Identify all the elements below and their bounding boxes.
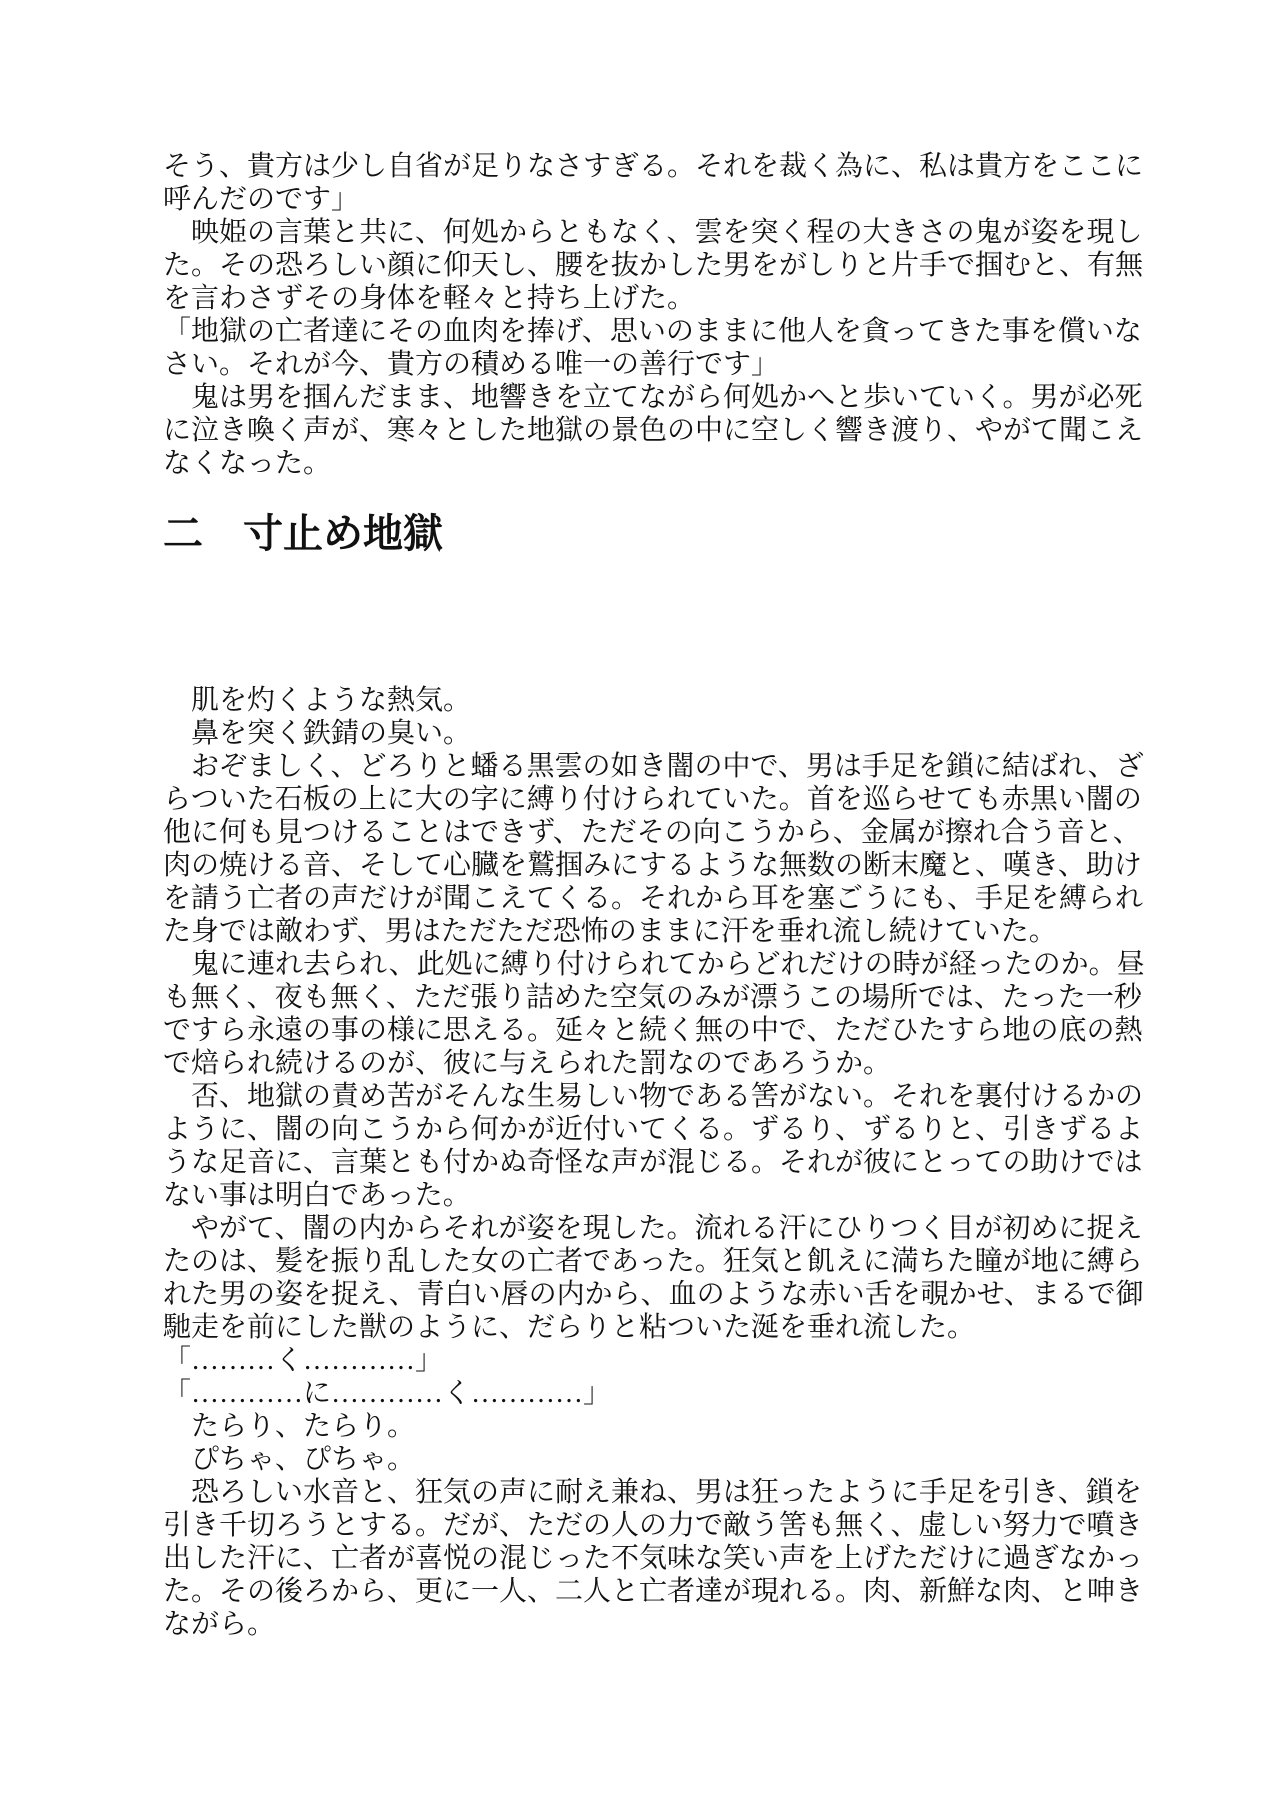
- chapter-body-text: 肌を灼くような熱気。 鼻を突く鉄錆の臭い。 おぞましく、どろりと蟠る黒雲の如き闇…: [163, 684, 1183, 1641]
- novel-page: そう、貴方は少し自省が足りなさすぎる。それを裁く為に、私は貴方をここに 呼んだの…: [0, 0, 1280, 1810]
- prologue-text: そう、貴方は少し自省が足りなさすぎる。それを裁く為に、私は貴方をここに 呼んだの…: [163, 150, 1183, 480]
- chapter-heading: 二 寸止め地獄: [163, 508, 443, 560]
